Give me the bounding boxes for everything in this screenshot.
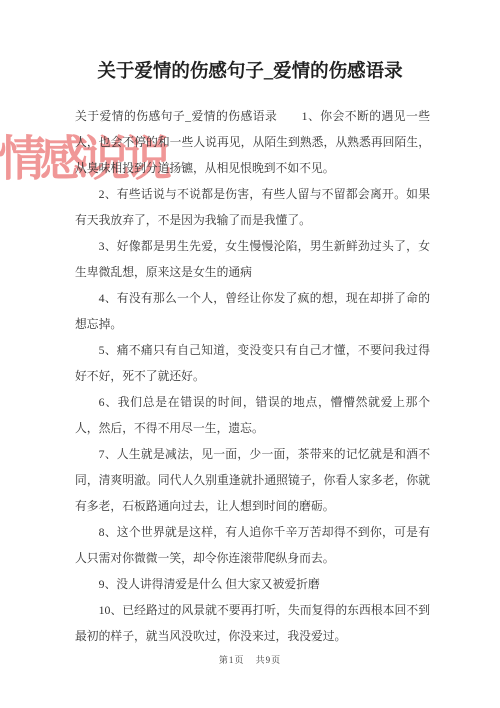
page-title: 关于爱情的伤感句子_爱情的伤感语录 — [0, 0, 500, 85]
document-page: 情感说说 关于爱情的伤感句子_爱情的伤感语录 关于爱情的伤感句子_爱情的伤感语录… — [0, 0, 500, 708]
page-footer: 第1页 共9页 — [0, 654, 500, 666]
page-total: 共9页 — [256, 655, 282, 665]
paragraph: 关于爱情的伤感句子_爱情的伤感语录 1、你会不断的遇见一些人，也会不停的和一些人… — [75, 103, 430, 181]
paragraph: 2、有些话说与不说都是伤害，有些人留与不留都会离开。如果有天我放弃了，不是因为我… — [75, 181, 430, 233]
paragraph: 7、人生就是减法，见一面，少一面，茶带来的记忆就是和酒不同，清爽明澈。同代人久别… — [75, 441, 430, 519]
paragraph: 3、好像都是男生先爱，女生慢慢沦陷，男生新鲜劲过头了，女生卑微乱想，原来这是女生… — [75, 233, 430, 285]
paragraph: 6、我们总是在错误的时间，错误的地点，懵懵然就爱上那个人，然后，不得不用尽一生，… — [75, 389, 430, 441]
paragraph: 9、没人讲得清爱是什么 但大家又被爱折磨 — [75, 571, 430, 597]
paragraph: 4、有没有那么一个人，曾经让你发了疯的想，现在却拼了命的想忘掉。 — [75, 285, 430, 337]
paragraph: 8、这个世界就是这样，有人追你千辛万苦却得不到你，可是有人只需对你微微一笑，却令… — [75, 519, 430, 571]
paragraph: 5、痛不痛只有自己知道，变没变只有自己才懂，不要问我过得好不好，死不了就还好。 — [75, 337, 430, 389]
paragraph: 10、已经路过的风景就不要再打听，失而复得的东西根本回不到最初的样子，就当风没吹… — [75, 597, 430, 649]
page-number: 第1页 — [219, 655, 245, 665]
document-body: 关于爱情的伤感句子_爱情的伤感语录 1、你会不断的遇见一些人，也会不停的和一些人… — [75, 103, 430, 649]
